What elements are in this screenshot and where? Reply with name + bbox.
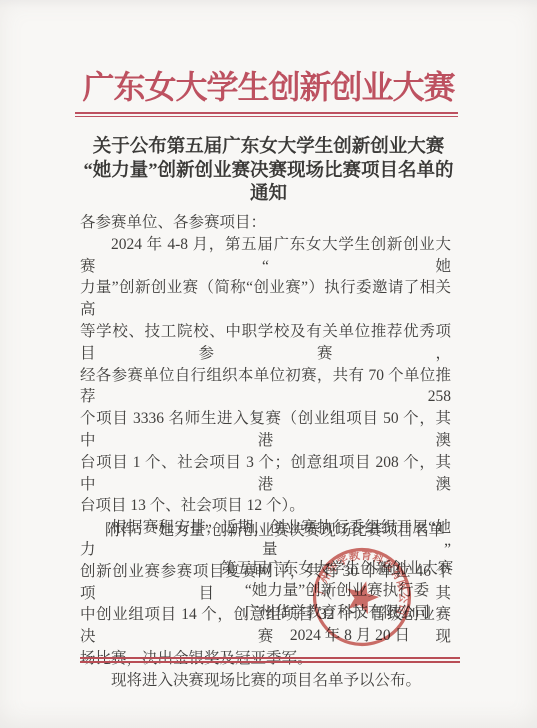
body-line: 经各参赛单位自行组织本单位初赛，共有 70 个单位推荐 258 [80, 365, 451, 409]
body-line: 2024 年 4-8 月，第五届广东女大学生创新创业大赛“她 [80, 234, 451, 278]
letterhead-title: 广东女大学生创新创业大赛 [0, 62, 537, 108]
notice-title-line: 通知 [0, 183, 537, 207]
attachment-line: 附件：“她力量”创新创业赛决赛现场比赛项目名单 [105, 518, 444, 540]
body-line: 力量”创新创业赛（简称“创业赛”）执行委邀请了相关高 [80, 277, 451, 321]
body-line: 个项目 3336 名师生进入复赛（创业组项目 50 个，其中港澳 [80, 408, 451, 452]
notice-title-line: 关于公布第五届广东女大学生创新创业大赛 [0, 136, 537, 160]
body-line: 台项目 13 个、社会项目 12 个）。 [80, 495, 451, 517]
footer-divider [80, 657, 460, 663]
notice-title: 关于公布第五届广东女大学生创新创业大赛 “她力量”创新创业赛决赛现场比赛项目名单… [0, 136, 537, 207]
body-line: 台项目 1 个、社会项目 3 个；创意组项目 208 个，其中港澳 [80, 452, 451, 496]
notice-title-line: “她力量”创新创业赛决赛现场比赛项目名单的 [0, 160, 537, 184]
document-page: 广东女大学生创新创业大赛 关于公布第五届广东女大学生创新创业大赛 “她力量”创新… [0, 0, 537, 728]
body-line: 各参赛单位、各参赛项目： [80, 212, 451, 234]
body-line: 等学校、技工院校、中职学校及有关单位推荐优秀项目参赛， [80, 321, 451, 365]
seal-star-icon [342, 577, 382, 616]
body-line: 现将进入决赛现场比赛的项目名单予以公布。 [80, 670, 451, 692]
letterhead-divider [75, 112, 458, 117]
